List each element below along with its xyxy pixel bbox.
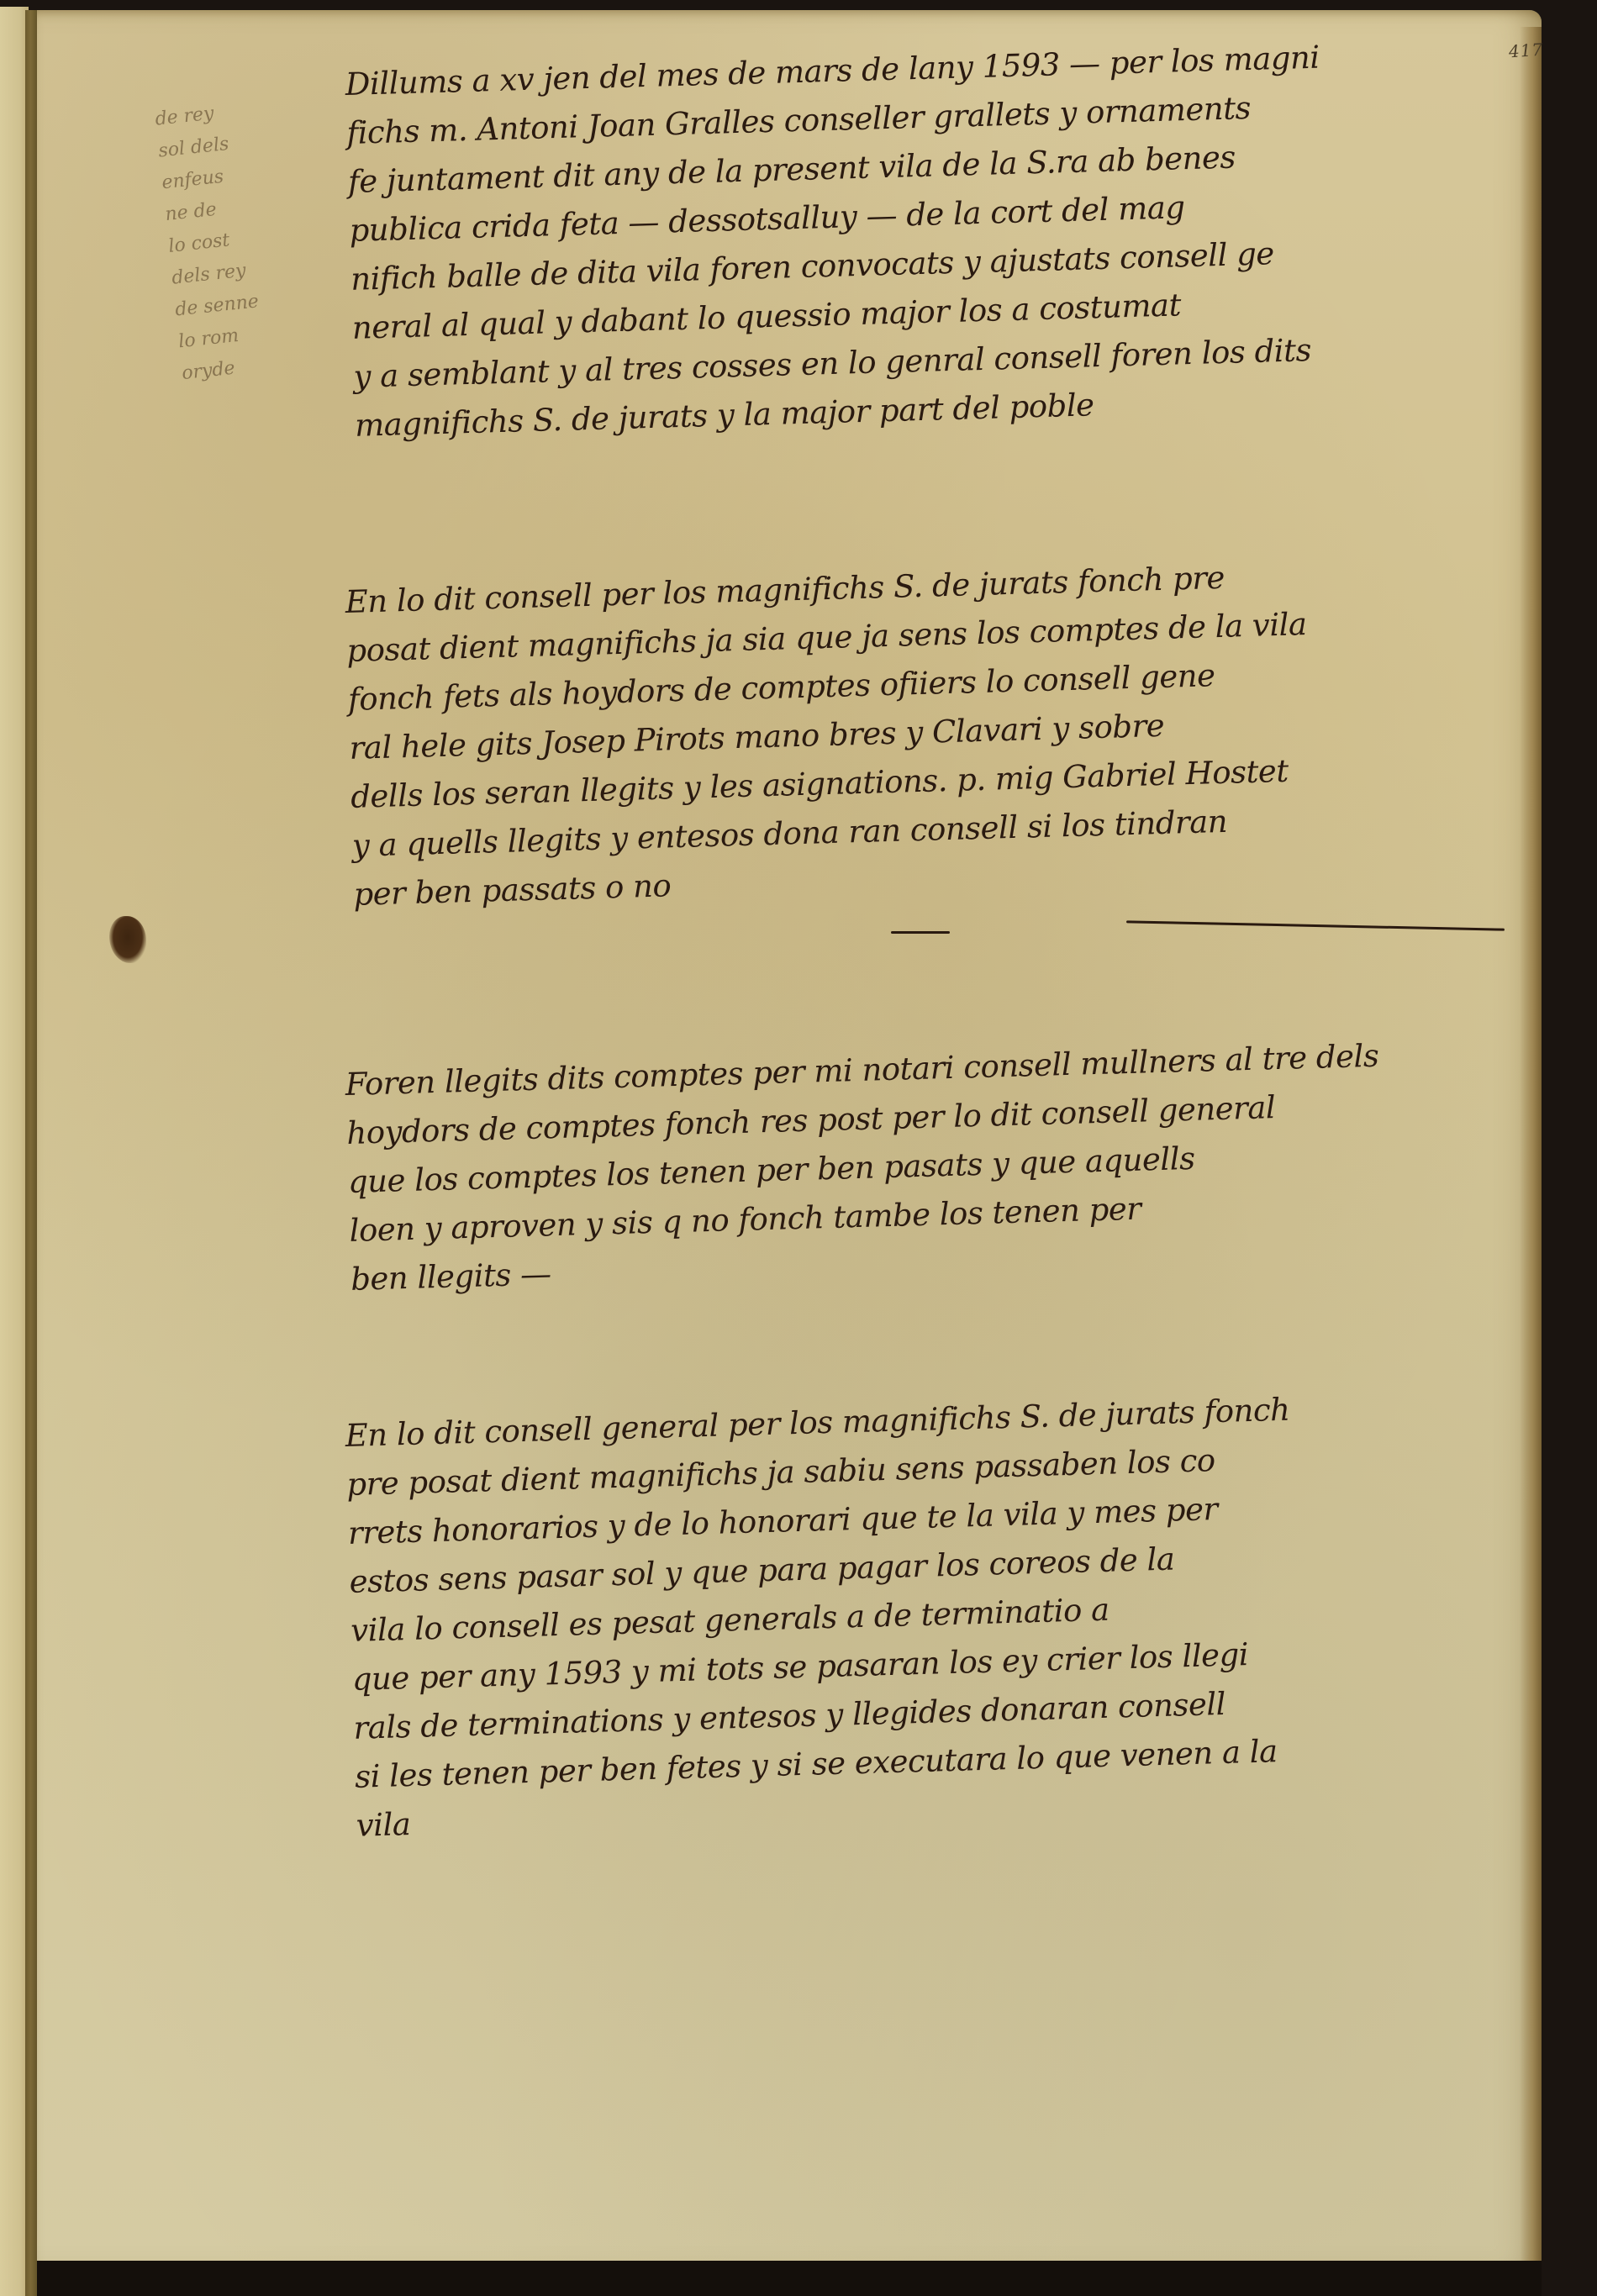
manuscript-scan: 417 de rey sol dels enfeus ne de lo cost…	[0, 0, 1597, 2296]
paragraph-accounts-approved: Foren llegits dits comptes per mi notari…	[345, 1028, 1528, 1304]
paragraph-accounts-proposal: En lo dit consell per los magnifichs S. …	[345, 545, 1531, 919]
scan-bottom-border	[37, 2261, 1542, 2296]
previous-leaf-edge	[0, 7, 29, 2296]
margin-notes: de rey sol dels enfeus ne de lo cost del…	[154, 86, 360, 390]
line-filler-dash	[891, 931, 950, 934]
paragraph-council-convocation: Dillums a xv jen del mes de mars de lany…	[345, 28, 1531, 450]
paragraph-determinations-proposal: En lo dit consell general per los magnif…	[345, 1379, 1533, 1851]
